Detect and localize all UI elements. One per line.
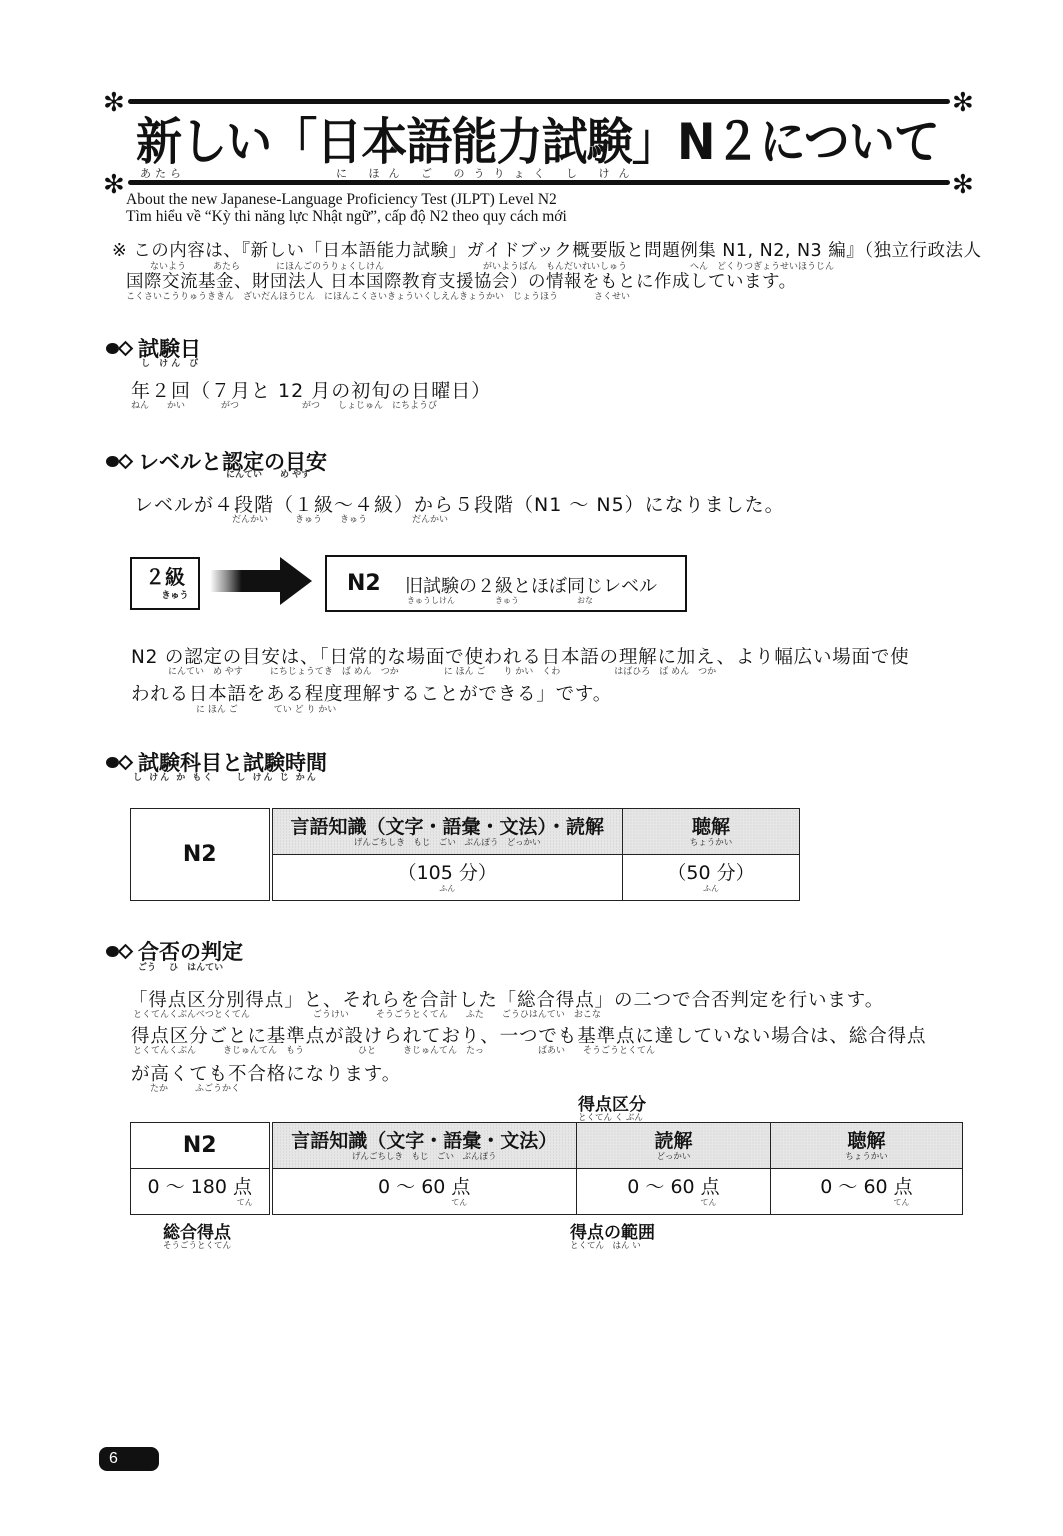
old-level-furigana: きゅう bbox=[152, 588, 198, 601]
certification-description-furigana: に ほん ご てい ど り かい bbox=[196, 702, 336, 715]
score-range-language: 0 ～ 60 点 てん bbox=[271, 1169, 577, 1215]
right-arrow-icon bbox=[210, 570, 280, 592]
title-furigana: あたら bbox=[140, 165, 185, 181]
level-change-furigana: だんかい きゅう きゅう だんかい bbox=[232, 512, 448, 525]
subtitle-english: About the new Japanese-Language Proficie… bbox=[126, 191, 557, 209]
exam-time-table: N2 言語知識（文字・語彙・文法）・読解 げんごちしき もじ ごい ぶんぽう ど… bbox=[130, 808, 800, 901]
title-rule-bottom bbox=[128, 180, 950, 185]
subtitle-vietnamese: Tìm hiểu về “Kỳ thi năng lực Nhật ngữ”, … bbox=[126, 208, 567, 226]
asterisk-ornament-icon: ✻ bbox=[952, 90, 974, 116]
pass-fail-line-3-furigana: たか ふごうかく bbox=[150, 1081, 240, 1094]
old-level-label: ２級 bbox=[132, 566, 198, 588]
title-furigana: に ほん ご のうりょく し けん bbox=[336, 165, 638, 181]
pass-fail-line-2-furigana: とくてんくぶん きじゅんてん もう ひと きじゅんてん たっ ばあい そうごうと… bbox=[133, 1043, 655, 1056]
asterisk-ornament-icon: ✻ bbox=[952, 172, 974, 198]
time-language-reading: （105 分） ふん bbox=[271, 855, 623, 901]
exam-date-furigana: ねん かい がつ がつ しょじゅん にちようび bbox=[131, 398, 437, 411]
time-listening: （50 分） ふん bbox=[623, 855, 800, 901]
note-line-2-furigana: こくさいこうりゅうききん ざいだんほうじん にほんこくさいきょういくしえんきょう… bbox=[126, 289, 630, 302]
heading-furigana: にんてい め やす bbox=[226, 467, 310, 480]
pass-fail-line-1-furigana: とくてんくぶんべつとくてん ごうけい そうごうとくてん ふた ごうひはんてい お… bbox=[133, 1007, 601, 1020]
bullet-arrow-icon bbox=[106, 944, 134, 958]
score-range-reading: 0 ～ 60 点 てん bbox=[577, 1169, 771, 1215]
title-rule-top bbox=[128, 99, 950, 104]
bullet-arrow-icon bbox=[106, 755, 134, 769]
bullet-arrow-icon bbox=[106, 341, 134, 355]
score-table: N2 言語知識（文字・語彙・文法） げんごちしき もじ ごい ぶんぽう 読解 ど… bbox=[130, 1122, 963, 1215]
new-level-label: N2 bbox=[347, 571, 381, 596]
level-cell: N2 bbox=[131, 809, 271, 901]
score-header-listening: 聴解 ちょうかい bbox=[771, 1123, 963, 1169]
page-title: 新しい「日本語能力試験」N２について bbox=[136, 112, 939, 172]
bullet-arrow-icon bbox=[106, 454, 134, 468]
total-score-caption-furigana: そうごうとくてん bbox=[163, 1239, 231, 1251]
old-level-box: ２級 きゅう bbox=[130, 557, 200, 610]
score-range-caption-furigana: とくてん はん い bbox=[570, 1239, 641, 1251]
heading-furigana: し けん か もく し けん じ かん bbox=[133, 770, 318, 783]
asterisk-ornament-icon: ✻ bbox=[103, 90, 125, 116]
total-score-range: 0 ～ 180 点 てん bbox=[131, 1169, 271, 1215]
subject-header-language-reading: 言語知識（文字・語彙・文法）・読解 げんごちしき もじ ごい ぶんぽう どっかい bbox=[271, 809, 623, 855]
heading-furigana: し けん び bbox=[141, 356, 201, 369]
score-header-language: 言語知識（文字・語彙・文法） げんごちしき もじ ごい ぶんぽう bbox=[271, 1123, 577, 1169]
certification-description-furigana: にんてい め やす にちじょうてき ば めん つか に ほん ご り かい くわ… bbox=[168, 664, 716, 677]
score-range-listening: 0 ～ 60 点 てん bbox=[771, 1169, 963, 1215]
level-cell: N2 bbox=[131, 1123, 271, 1169]
page-number-badge: 6 bbox=[99, 1447, 159, 1471]
asterisk-ornament-icon: ✻ bbox=[103, 172, 125, 198]
subject-header-listening: 聴解 ちょうかい bbox=[623, 809, 800, 855]
furigana: おな bbox=[577, 595, 593, 606]
heading-furigana: ごう ひ はんてい bbox=[138, 960, 223, 973]
new-level-box: N2 旧試験の２級とほぼ同じレベル きゅうしけん きゅう おな bbox=[325, 555, 687, 612]
furigana: きゅう bbox=[495, 595, 519, 606]
furigana: きゅうしけん bbox=[407, 595, 455, 606]
score-header-reading: 読解 どっかい bbox=[577, 1123, 771, 1169]
right-arrow-head-icon bbox=[280, 557, 312, 605]
